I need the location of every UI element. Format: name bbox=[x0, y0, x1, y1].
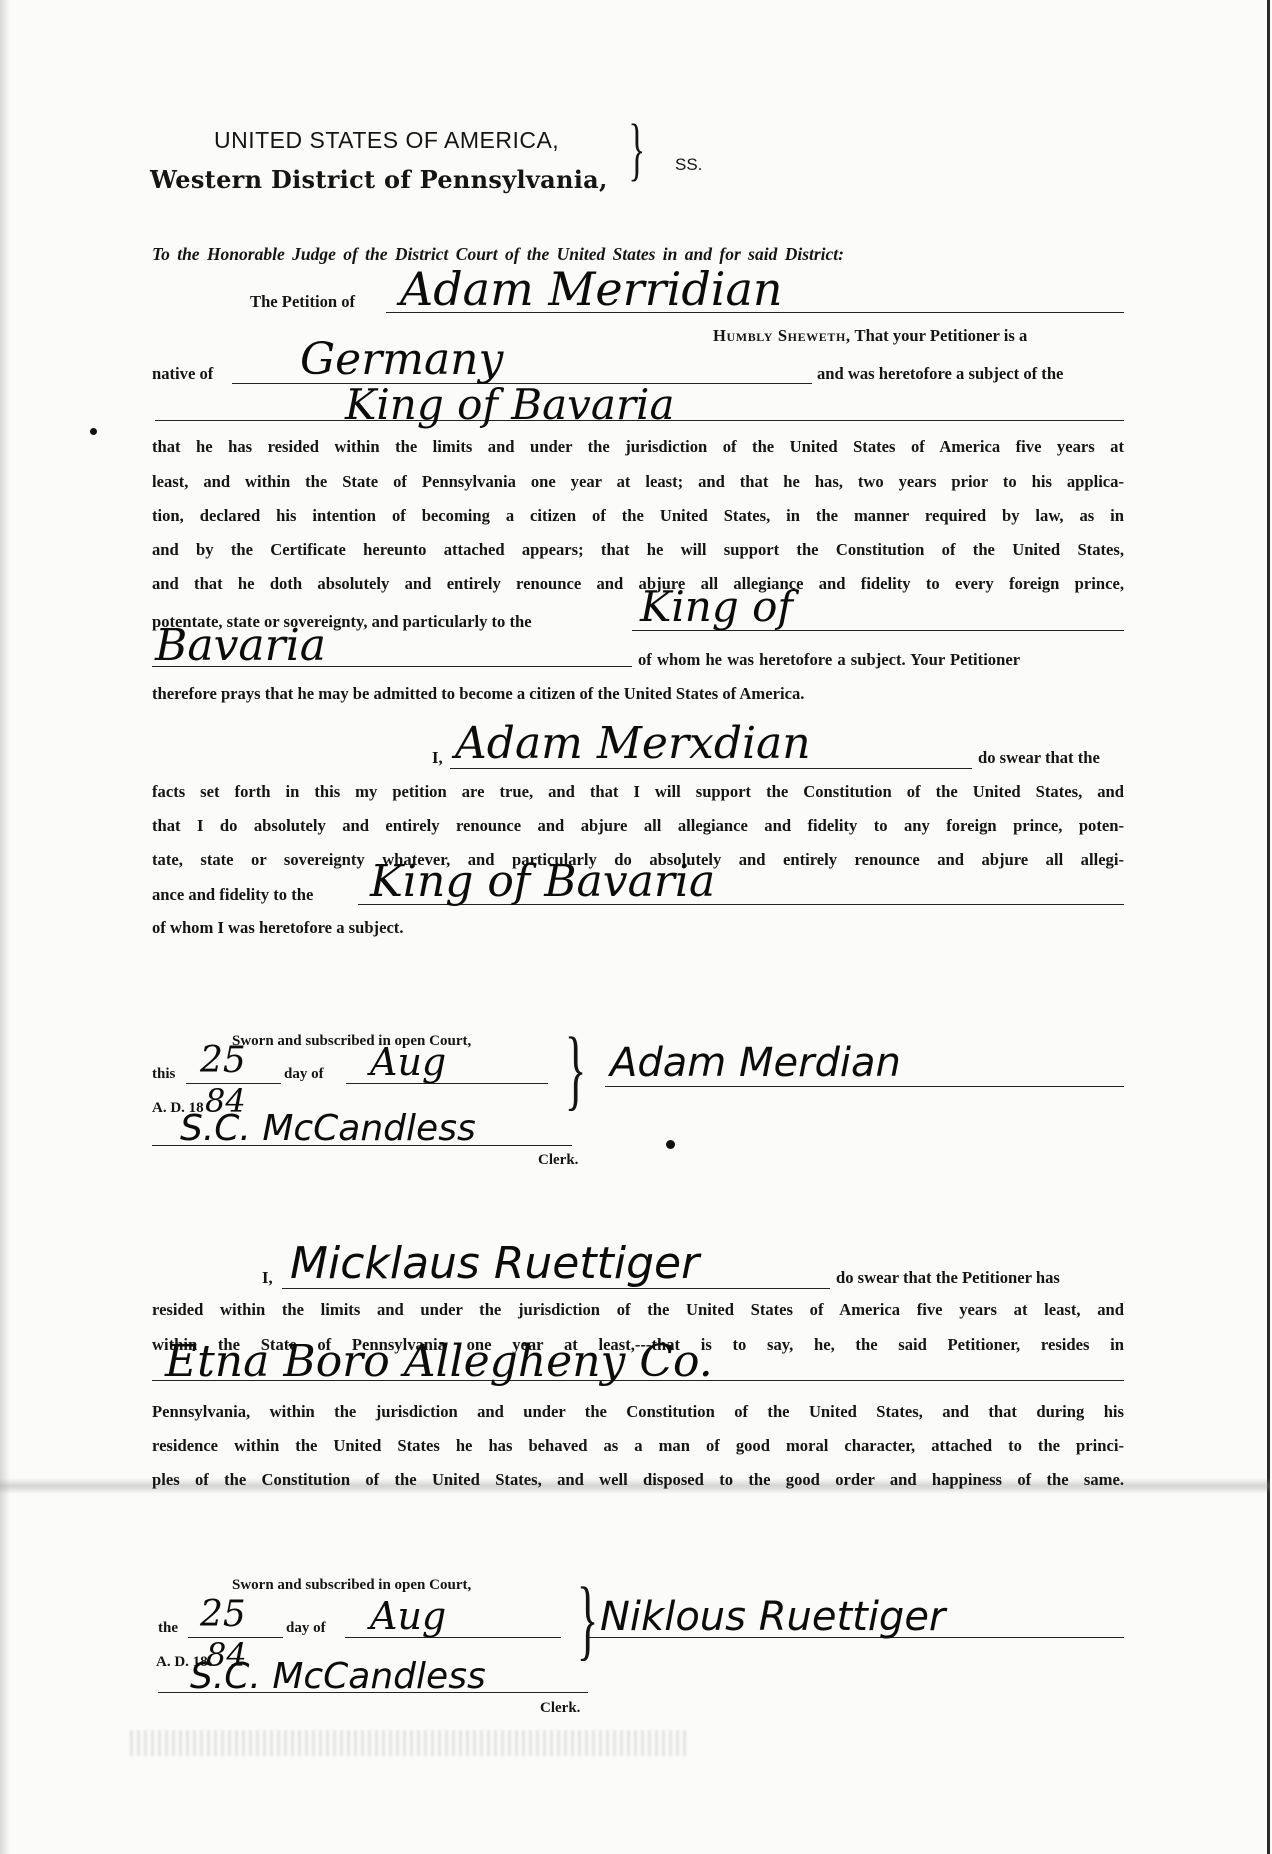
jurat-month-handwritten: Aug bbox=[370, 1040, 446, 1084]
petition-of-label: The Petition of bbox=[250, 292, 355, 312]
scan-edge-shadow bbox=[0, 0, 10, 1854]
scan-right-border bbox=[1267, 0, 1270, 1854]
oath-line: that I do absolutely and entirely renoun… bbox=[152, 816, 1124, 836]
witness-do-swear-text: do swear that the Petitioner has bbox=[836, 1268, 1060, 1288]
humbly-sheweth-rest: That your Petitioner is a bbox=[855, 326, 1028, 345]
witness-i-label: I, bbox=[262, 1268, 273, 1288]
oath-i-label: I, bbox=[432, 748, 443, 768]
fidelity-to-handwritten: King of Bavaria bbox=[370, 856, 715, 907]
witness-jurat-day-of-label: day of bbox=[286, 1620, 326, 1637]
oath-do-swear-text: do swear that the bbox=[978, 748, 1100, 768]
petition-paragraph-line: tion, declared his intention of becoming… bbox=[152, 506, 1124, 526]
naturalization-petition-page: UNITED STATES OF AMERICA, Western Distri… bbox=[0, 0, 1272, 1854]
of-whom-he-text: of whom he was heretofore a subject. You… bbox=[638, 650, 1020, 670]
petition-paragraph-line: least, and within the State of Pennsylva… bbox=[152, 472, 1124, 492]
humbly-sheweth-text: Humbly Sheweth, That your Petitioner is … bbox=[713, 326, 1027, 346]
subject-of-text: and was heretofore a subject of the bbox=[817, 364, 1063, 384]
petitioner-name-handwritten: Adam Merridian bbox=[400, 262, 783, 316]
witness-jurat-brace: } bbox=[577, 1575, 599, 1665]
witness-jurat-sworn-text: Sworn and subscribed in open Court, bbox=[232, 1577, 471, 1594]
witness-oath-line: ples of the Constitution of the United S… bbox=[152, 1470, 1124, 1490]
jurat-day-of-label: day of bbox=[284, 1066, 324, 1083]
jurat-brace: } bbox=[565, 1025, 587, 1115]
petition-paragraph-line: and that he doth absolutely and entirely… bbox=[152, 574, 1124, 594]
oath-line: facts set forth in this my petition are … bbox=[152, 782, 1124, 802]
jurat-clerk-label: Clerk. bbox=[538, 1152, 578, 1169]
petition-paragraph-line: and by the Certificate hereunto attached… bbox=[152, 540, 1124, 560]
petitioner-signature: Adam Merdian bbox=[610, 1040, 901, 1086]
particularly-to-handwritten-2: Bavaria bbox=[155, 620, 326, 671]
residence-handwritten: Etna Boro Allegheny Co. bbox=[165, 1336, 713, 1387]
petitioner-signature-line bbox=[605, 1086, 1124, 1087]
witness-jurat-clerk-signature: S.C. McCandless bbox=[190, 1656, 486, 1697]
header-country: UNITED STATES OF AMERICA, bbox=[214, 127, 559, 154]
particularly-to-handwritten-1: King of bbox=[640, 582, 793, 631]
witness-oath-line: Pennsylvania, within the jurisdiction an… bbox=[152, 1402, 1124, 1422]
header-brace: } bbox=[628, 115, 645, 185]
header-district: Western District of Pennsylvania, bbox=[150, 165, 608, 194]
jurat-this-label: this bbox=[152, 1066, 175, 1083]
native-of-label: native of bbox=[152, 364, 213, 384]
witness-jurat-the-label: the bbox=[158, 1620, 178, 1637]
witness-oath-line: resided within the limits and under the … bbox=[152, 1300, 1124, 1320]
witness-name-handwritten: Micklaus Ruettiger bbox=[290, 1238, 699, 1289]
fidelity-to-text: ance and fidelity to the bbox=[152, 885, 313, 905]
witness-jurat-clerk-label: Clerk. bbox=[540, 1700, 580, 1717]
ink-spot bbox=[90, 428, 97, 435]
former-sovereign-handwritten: King of Bavaria bbox=[345, 380, 675, 429]
humbly-sheweth-label: Humbly Sheweth, bbox=[713, 326, 851, 345]
of-whom-i-text: of whom I was heretofore a subject. bbox=[152, 918, 403, 938]
jurat-day-handwritten: 25 bbox=[200, 1040, 246, 1081]
witness-jurat-month-handwritten: Aug bbox=[370, 1594, 446, 1638]
witness-jurat-day-handwritten: 25 bbox=[200, 1594, 246, 1635]
bleed-through-text bbox=[130, 1730, 690, 1756]
native-of-handwritten: Germany bbox=[300, 334, 503, 385]
header-ss: SS. bbox=[675, 155, 702, 175]
ink-blot bbox=[666, 1140, 675, 1149]
jurat-clerk-signature: S.C. McCandless bbox=[180, 1108, 476, 1149]
witness-signature: Niklous Ruettiger bbox=[600, 1594, 945, 1640]
petition-paragraph-line: that he has resided within the limits an… bbox=[152, 437, 1124, 457]
prays-text: therefore prays that he may be admitted … bbox=[152, 684, 804, 704]
witness-oath-line: residence within the United States he ha… bbox=[152, 1436, 1124, 1456]
oath-name-handwritten: Adam Merxdian bbox=[455, 718, 811, 769]
